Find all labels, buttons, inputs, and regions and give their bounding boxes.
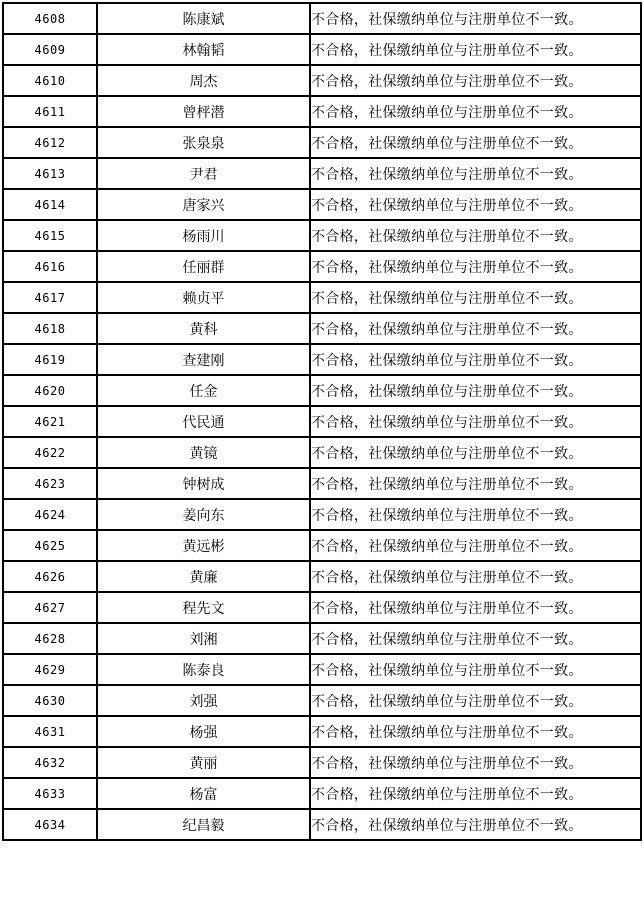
review-remark: 不合格，社保缴纳单位与注册单位不一致。: [310, 809, 641, 840]
table-row: 4631 杨强 不合格，社保缴纳单位与注册单位不一致。: [3, 716, 641, 747]
row-number: 4627: [3, 592, 97, 623]
person-name: 尹君: [97, 158, 310, 189]
review-remark: 不合格，社保缴纳单位与注册单位不一致。: [310, 437, 641, 468]
table-row: 4630 刘强 不合格，社保缴纳单位与注册单位不一致。: [3, 685, 641, 716]
roster-table: 4608 陈康斌 不合格，社保缴纳单位与注册单位不一致。 4609 林翰韬 不合…: [2, 2, 642, 841]
table-row: 4629 陈泰良 不合格，社保缴纳单位与注册单位不一致。: [3, 654, 641, 685]
person-name: 刘湘: [97, 623, 310, 654]
review-remark: 不合格，社保缴纳单位与注册单位不一致。: [310, 561, 641, 592]
review-remark: 不合格，社保缴纳单位与注册单位不一致。: [310, 65, 641, 96]
row-number: 4623: [3, 468, 97, 499]
table-row: 4608 陈康斌 不合格，社保缴纳单位与注册单位不一致。: [3, 3, 641, 34]
review-remark: 不合格，社保缴纳单位与注册单位不一致。: [310, 158, 641, 189]
person-name: 林翰韬: [97, 34, 310, 65]
person-name: 杨雨川: [97, 220, 310, 251]
row-number: 4633: [3, 778, 97, 809]
row-number: 4613: [3, 158, 97, 189]
review-remark: 不合格，社保缴纳单位与注册单位不一致。: [310, 530, 641, 561]
review-remark: 不合格，社保缴纳单位与注册单位不一致。: [310, 406, 641, 437]
review-remark: 不合格，社保缴纳单位与注册单位不一致。: [310, 499, 641, 530]
review-remark: 不合格，社保缴纳单位与注册单位不一致。: [310, 654, 641, 685]
person-name: 黄科: [97, 313, 310, 344]
table-row: 4612 张泉泉 不合格，社保缴纳单位与注册单位不一致。: [3, 127, 641, 158]
person-name: 杨富: [97, 778, 310, 809]
person-name: 周杰: [97, 65, 310, 96]
review-remark: 不合格，社保缴纳单位与注册单位不一致。: [310, 34, 641, 65]
row-number: 4620: [3, 375, 97, 406]
row-number: 4609: [3, 34, 97, 65]
review-remark: 不合格，社保缴纳单位与注册单位不一致。: [310, 282, 641, 313]
row-number: 4610: [3, 65, 97, 96]
review-remark: 不合格，社保缴纳单位与注册单位不一致。: [310, 344, 641, 375]
row-number: 4611: [3, 96, 97, 127]
person-name: 曾枰潜: [97, 96, 310, 127]
table-row: 4623 钟树成 不合格，社保缴纳单位与注册单位不一致。: [3, 468, 641, 499]
table-row: 4621 代民通 不合格，社保缴纳单位与注册单位不一致。: [3, 406, 641, 437]
row-number: 4634: [3, 809, 97, 840]
row-number: 4632: [3, 747, 97, 778]
person-name: 黄镜: [97, 437, 310, 468]
review-remark: 不合格，社保缴纳单位与注册单位不一致。: [310, 189, 641, 220]
person-name: 查建刚: [97, 344, 310, 375]
person-name: 黄丽: [97, 747, 310, 778]
row-number: 4631: [3, 716, 97, 747]
person-name: 唐家兴: [97, 189, 310, 220]
table-row: 4620 任金 不合格，社保缴纳单位与注册单位不一致。: [3, 375, 641, 406]
table-row: 4634 纪昌毅 不合格，社保缴纳单位与注册单位不一致。: [3, 809, 641, 840]
review-remark: 不合格，社保缴纳单位与注册单位不一致。: [310, 127, 641, 158]
table-row: 4625 黄远彬 不合格，社保缴纳单位与注册单位不一致。: [3, 530, 641, 561]
roster-table-body: 4608 陈康斌 不合格，社保缴纳单位与注册单位不一致。 4609 林翰韬 不合…: [3, 3, 641, 840]
table-row: 4616 任丽群 不合格，社保缴纳单位与注册单位不一致。: [3, 251, 641, 282]
person-name: 陈泰良: [97, 654, 310, 685]
table-row: 4633 杨富 不合格，社保缴纳单位与注册单位不一致。: [3, 778, 641, 809]
table-row: 4618 黄科 不合格，社保缴纳单位与注册单位不一致。: [3, 313, 641, 344]
table-row: 4609 林翰韬 不合格，社保缴纳单位与注册单位不一致。: [3, 34, 641, 65]
table-row: 4615 杨雨川 不合格，社保缴纳单位与注册单位不一致。: [3, 220, 641, 251]
person-name: 姜向东: [97, 499, 310, 530]
row-number: 4608: [3, 3, 97, 34]
person-name: 纪昌毅: [97, 809, 310, 840]
row-number: 4628: [3, 623, 97, 654]
review-remark: 不合格，社保缴纳单位与注册单位不一致。: [310, 375, 641, 406]
table-row: 4627 程先文 不合格，社保缴纳单位与注册单位不一致。: [3, 592, 641, 623]
person-name: 刘强: [97, 685, 310, 716]
table-row: 4614 唐家兴 不合格，社保缴纳单位与注册单位不一致。: [3, 189, 641, 220]
person-name: 钟树成: [97, 468, 310, 499]
table-row: 4632 黄丽 不合格，社保缴纳单位与注册单位不一致。: [3, 747, 641, 778]
review-remark: 不合格，社保缴纳单位与注册单位不一致。: [310, 747, 641, 778]
table-row: 4610 周杰 不合格，社保缴纳单位与注册单位不一致。: [3, 65, 641, 96]
review-remark: 不合格，社保缴纳单位与注册单位不一致。: [310, 778, 641, 809]
review-remark: 不合格，社保缴纳单位与注册单位不一致。: [310, 3, 641, 34]
review-remark: 不合格，社保缴纳单位与注册单位不一致。: [310, 313, 641, 344]
row-number: 4617: [3, 282, 97, 313]
table-row: 4611 曾枰潜 不合格，社保缴纳单位与注册单位不一致。: [3, 96, 641, 127]
person-name: 黄远彬: [97, 530, 310, 561]
row-number: 4615: [3, 220, 97, 251]
table-row: 4613 尹君 不合格，社保缴纳单位与注册单位不一致。: [3, 158, 641, 189]
row-number: 4612: [3, 127, 97, 158]
review-remark: 不合格，社保缴纳单位与注册单位不一致。: [310, 468, 641, 499]
review-remark: 不合格，社保缴纳单位与注册单位不一致。: [310, 96, 641, 127]
row-number: 4625: [3, 530, 97, 561]
row-number: 4614: [3, 189, 97, 220]
row-number: 4622: [3, 437, 97, 468]
table-row: 4619 查建刚 不合格，社保缴纳单位与注册单位不一致。: [3, 344, 641, 375]
review-remark: 不合格，社保缴纳单位与注册单位不一致。: [310, 251, 641, 282]
row-number: 4619: [3, 344, 97, 375]
person-name: 陈康斌: [97, 3, 310, 34]
table-row: 4622 黄镜 不合格，社保缴纳单位与注册单位不一致。: [3, 437, 641, 468]
person-name: 赖贞平: [97, 282, 310, 313]
person-name: 杨强: [97, 716, 310, 747]
person-name: 任丽群: [97, 251, 310, 282]
row-number: 4626: [3, 561, 97, 592]
row-number: 4630: [3, 685, 97, 716]
table-row: 4624 姜向东 不合格，社保缴纳单位与注册单位不一致。: [3, 499, 641, 530]
person-name: 程先文: [97, 592, 310, 623]
review-remark: 不合格，社保缴纳单位与注册单位不一致。: [310, 623, 641, 654]
review-remark: 不合格，社保缴纳单位与注册单位不一致。: [310, 685, 641, 716]
roster-sheet: 4608 陈康斌 不合格，社保缴纳单位与注册单位不一致。 4609 林翰韬 不合…: [2, 2, 640, 841]
person-name: 代民通: [97, 406, 310, 437]
row-number: 4621: [3, 406, 97, 437]
row-number: 4624: [3, 499, 97, 530]
row-number: 4616: [3, 251, 97, 282]
review-remark: 不合格，社保缴纳单位与注册单位不一致。: [310, 220, 641, 251]
table-row: 4626 黄廉 不合格，社保缴纳单位与注册单位不一致。: [3, 561, 641, 592]
review-remark: 不合格，社保缴纳单位与注册单位不一致。: [310, 716, 641, 747]
person-name: 张泉泉: [97, 127, 310, 158]
table-row: 4617 赖贞平 不合格，社保缴纳单位与注册单位不一致。: [3, 282, 641, 313]
person-name: 黄廉: [97, 561, 310, 592]
person-name: 任金: [97, 375, 310, 406]
table-row: 4628 刘湘 不合格，社保缴纳单位与注册单位不一致。: [3, 623, 641, 654]
row-number: 4629: [3, 654, 97, 685]
row-number: 4618: [3, 313, 97, 344]
review-remark: 不合格，社保缴纳单位与注册单位不一致。: [310, 592, 641, 623]
